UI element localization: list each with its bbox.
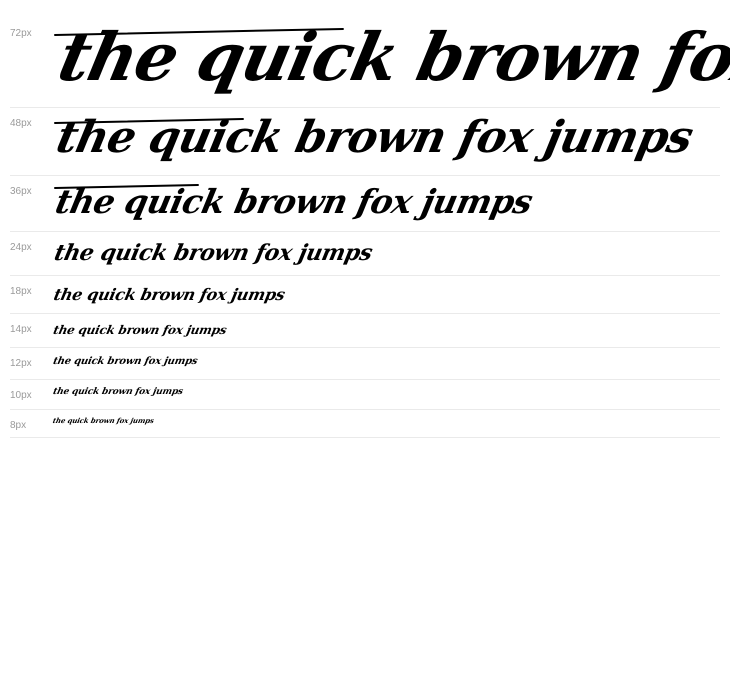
sample-text: the quick brown fox jumps (52, 323, 228, 337)
sample-text: the quick brown fox jumps (52, 356, 198, 367)
size-label: 24px (10, 242, 32, 253)
size-label: 72px (10, 28, 32, 39)
specimen-row-36: 36px the quick brown fox jumps (10, 176, 720, 232)
specimen-row-24: 24px the quick brown fox jumps (10, 232, 720, 276)
specimen-row-10: 10px the quick brown fox jumps (10, 380, 720, 410)
size-label: 18px (10, 286, 32, 297)
sample-text: the quick brown fox jumps (52, 112, 697, 163)
sample-text: the quick brown fox jumps (52, 182, 536, 221)
size-label: 14px (10, 324, 32, 335)
sample-text: the quick brown fox jumps (52, 18, 730, 96)
specimen-row-12: 12px the quick brown fox jumps (10, 348, 720, 380)
sample-text: the quick brown fox jumps (52, 387, 184, 397)
size-label: 12px (10, 358, 32, 369)
specimen-row-72: 72px the quick brown fox jumps (10, 20, 720, 108)
specimen-row-48: 48px the quick brown fox jumps (10, 108, 720, 176)
specimen-row-14: 14px the quick brown fox jumps (10, 314, 720, 348)
size-label: 48px (10, 118, 32, 129)
sample-text: the quick brown fox jumps (52, 240, 375, 266)
size-label: 36px (10, 186, 32, 197)
size-label: 8px (10, 420, 26, 431)
specimen-row-8: 8px the quick brown fox jumps (10, 410, 720, 438)
specimen-row-18: 18px the quick brown fox jumps (10, 276, 720, 314)
sample-text: the quick brown fox jumps (52, 416, 155, 425)
size-label: 10px (10, 390, 32, 401)
sample-text: the quick brown fox jumps (52, 285, 287, 304)
